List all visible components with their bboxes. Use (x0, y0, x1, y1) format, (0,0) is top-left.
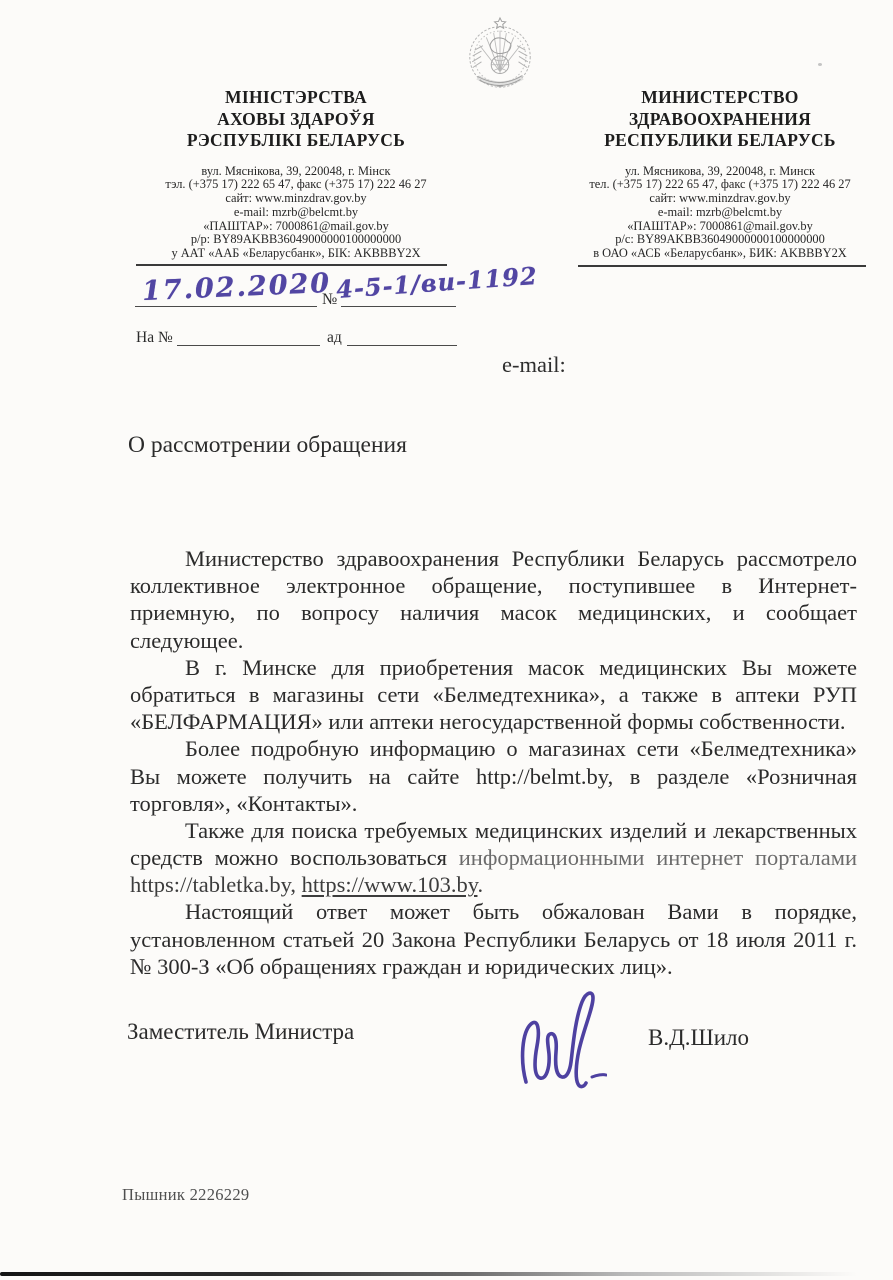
scan-speck (818, 63, 822, 66)
letterhead-rule-left (136, 264, 447, 266)
body-line: приемную, по вопросу наличия масок медиц… (130, 599, 857, 626)
body-line: № 300-З «Об обращениях граждан и юридиче… (130, 953, 857, 980)
email-line: e-mail: mzrb@belcmt.by (133, 206, 459, 220)
website-line: сайт: www.minzdrav.gov.by (133, 192, 459, 206)
subject-line: О рассмотрении обращения (128, 432, 407, 459)
letterhead-left: МІНІСТЭРСТВА АХОВЫ ЗДАРОЎЯ РЭСПУБЛІКІ БЕ… (133, 87, 459, 261)
body-line: средств можно воспользоваться информацио… (130, 844, 857, 871)
body-line: торговля», «Контакты». (130, 790, 857, 817)
title-line: ЗДРАВООХРАНЕНИЯ (574, 109, 866, 131)
date-underline (135, 306, 317, 307)
phone-line: тэл. (+375 17) 222 65 47, факс (+375 17)… (133, 178, 459, 192)
url-103-by: https://www.103.by (302, 872, 478, 897)
body-line: Настоящий ответ может быть обжалован Вам… (130, 898, 857, 925)
address-line: вул. Мяснікова, 39, 220048, г. Мінск (133, 165, 459, 179)
reply-from-underline (347, 345, 457, 346)
email-line: e-mail: mzrb@belcmt.by (574, 206, 866, 220)
number-underline (341, 306, 456, 307)
bank-line: у ААТ «ААБ «Беларусбанк», БІК: AKBBBY2X (133, 247, 459, 261)
handwritten-signature-icon (512, 984, 607, 1099)
bank-line: в ОАО «АСБ «Беларусбанк», БИК: AKBBBY2X (574, 247, 866, 261)
title-line: МІНІСТЭРСТВА (133, 87, 459, 109)
body-line: Также для поиска требуемых медицинских и… (130, 817, 857, 844)
body-line: «БЕЛФАРМАЦИЯ» или аптеки негосударственн… (130, 708, 857, 735)
body-text-segment: средств можно воспользоваться (130, 845, 459, 870)
body-line: Вы можете получить на сайте http://belmt… (130, 763, 857, 790)
signatory-position-title: Заместитель Министра (127, 1019, 354, 1045)
ministry-contacts-by: вул. Мяснікова, 39, 220048, г. Мінск тэл… (133, 165, 459, 262)
handwritten-number: 4-5-1/ви-1192 (335, 261, 538, 304)
title-line: РЭСПУБЛІКІ БЕЛАРУСЬ (133, 130, 459, 152)
number-label: № (322, 291, 337, 309)
email-label: e-mail: (502, 352, 566, 378)
body-line: В г. Минске для приобретения масок медиц… (130, 654, 857, 681)
address-line: ул. Мясникова, 39, 220048, г. Минск (574, 165, 866, 179)
title-line: РЕСПУБЛИКИ БЕЛАРУСЬ (574, 130, 866, 152)
title-line: АХОВЫ ЗДАРОЎЯ (133, 109, 459, 131)
executor-note: Пышник 2226229 (122, 1185, 249, 1205)
pashtar-line: «ПАШТАР»: 7000861@mail.gov.by (574, 220, 866, 234)
body-line: Министерство здравоохранения Республики … (130, 545, 857, 572)
reply-number-label: На № (136, 329, 173, 347)
ministry-contacts-ru: ул. Мясникова, 39, 220048, г. Минск тел.… (574, 165, 866, 262)
body-line: коллективное электронное обращение, пост… (130, 572, 857, 599)
body-line: Более подробную информацию о магазинах с… (130, 735, 857, 762)
signatory-name: В.Д.Шило (648, 1025, 749, 1051)
account-line: р/с: BY89AKBB36049000000100000000 (574, 233, 866, 247)
letter-body: Министерство здравоохранения Республики … (130, 545, 857, 980)
ministry-title-ru: МИНИСТЕРСТВО ЗДРАВООХРАНЕНИЯ РЕСПУБЛИКИ … (574, 87, 866, 152)
body-line: обратиться в магазины сети «Белмедтехник… (130, 681, 857, 708)
scanned-letter-page: МІНІСТЭРСТВА АХОВЫ ЗДАРОЎЯ РЭСПУБЛІКІ БЕ… (0, 0, 893, 1280)
letterhead-right: МИНИСТЕРСТВО ЗДРАВООХРАНЕНИЯ РЕСПУБЛИКИ … (574, 87, 866, 261)
body-line-links: https://tabletka.by, https://www.103.by. (130, 871, 857, 898)
handwritten-date: 17.02.2020 (141, 268, 331, 307)
phone-line: тел. (+375 17) 222 65 47, факс (+375 17)… (574, 178, 866, 192)
scan-edge-artifact (0, 1272, 893, 1276)
reply-from-label: ад (327, 329, 342, 347)
website-line: сайт: www.minzdrav.gov.by (574, 192, 866, 206)
account-line: р/р: BY89AKBB36049000000100000000 (133, 233, 459, 247)
letterhead-rule-right (578, 265, 866, 267)
period: . (477, 872, 483, 897)
coat-of-arms-belarus-icon (461, 14, 539, 94)
pashtar-line: «ПАШТАР»: 7000861@mail.gov.by (133, 220, 459, 234)
body-line: следующее. (130, 627, 857, 654)
reply-number-underline (177, 345, 320, 346)
body-text-faint-segment: информационными интернет порталами (459, 845, 857, 870)
url-tabletka-by: https://tabletka.by, (130, 872, 302, 897)
ministry-title-by: МІНІСТЭРСТВА АХОВЫ ЗДАРОЎЯ РЭСПУБЛІКІ БЕ… (133, 87, 459, 152)
title-line: МИНИСТЕРСТВО (574, 87, 866, 109)
body-line: установленном статьей 20 Закона Республи… (130, 926, 857, 953)
